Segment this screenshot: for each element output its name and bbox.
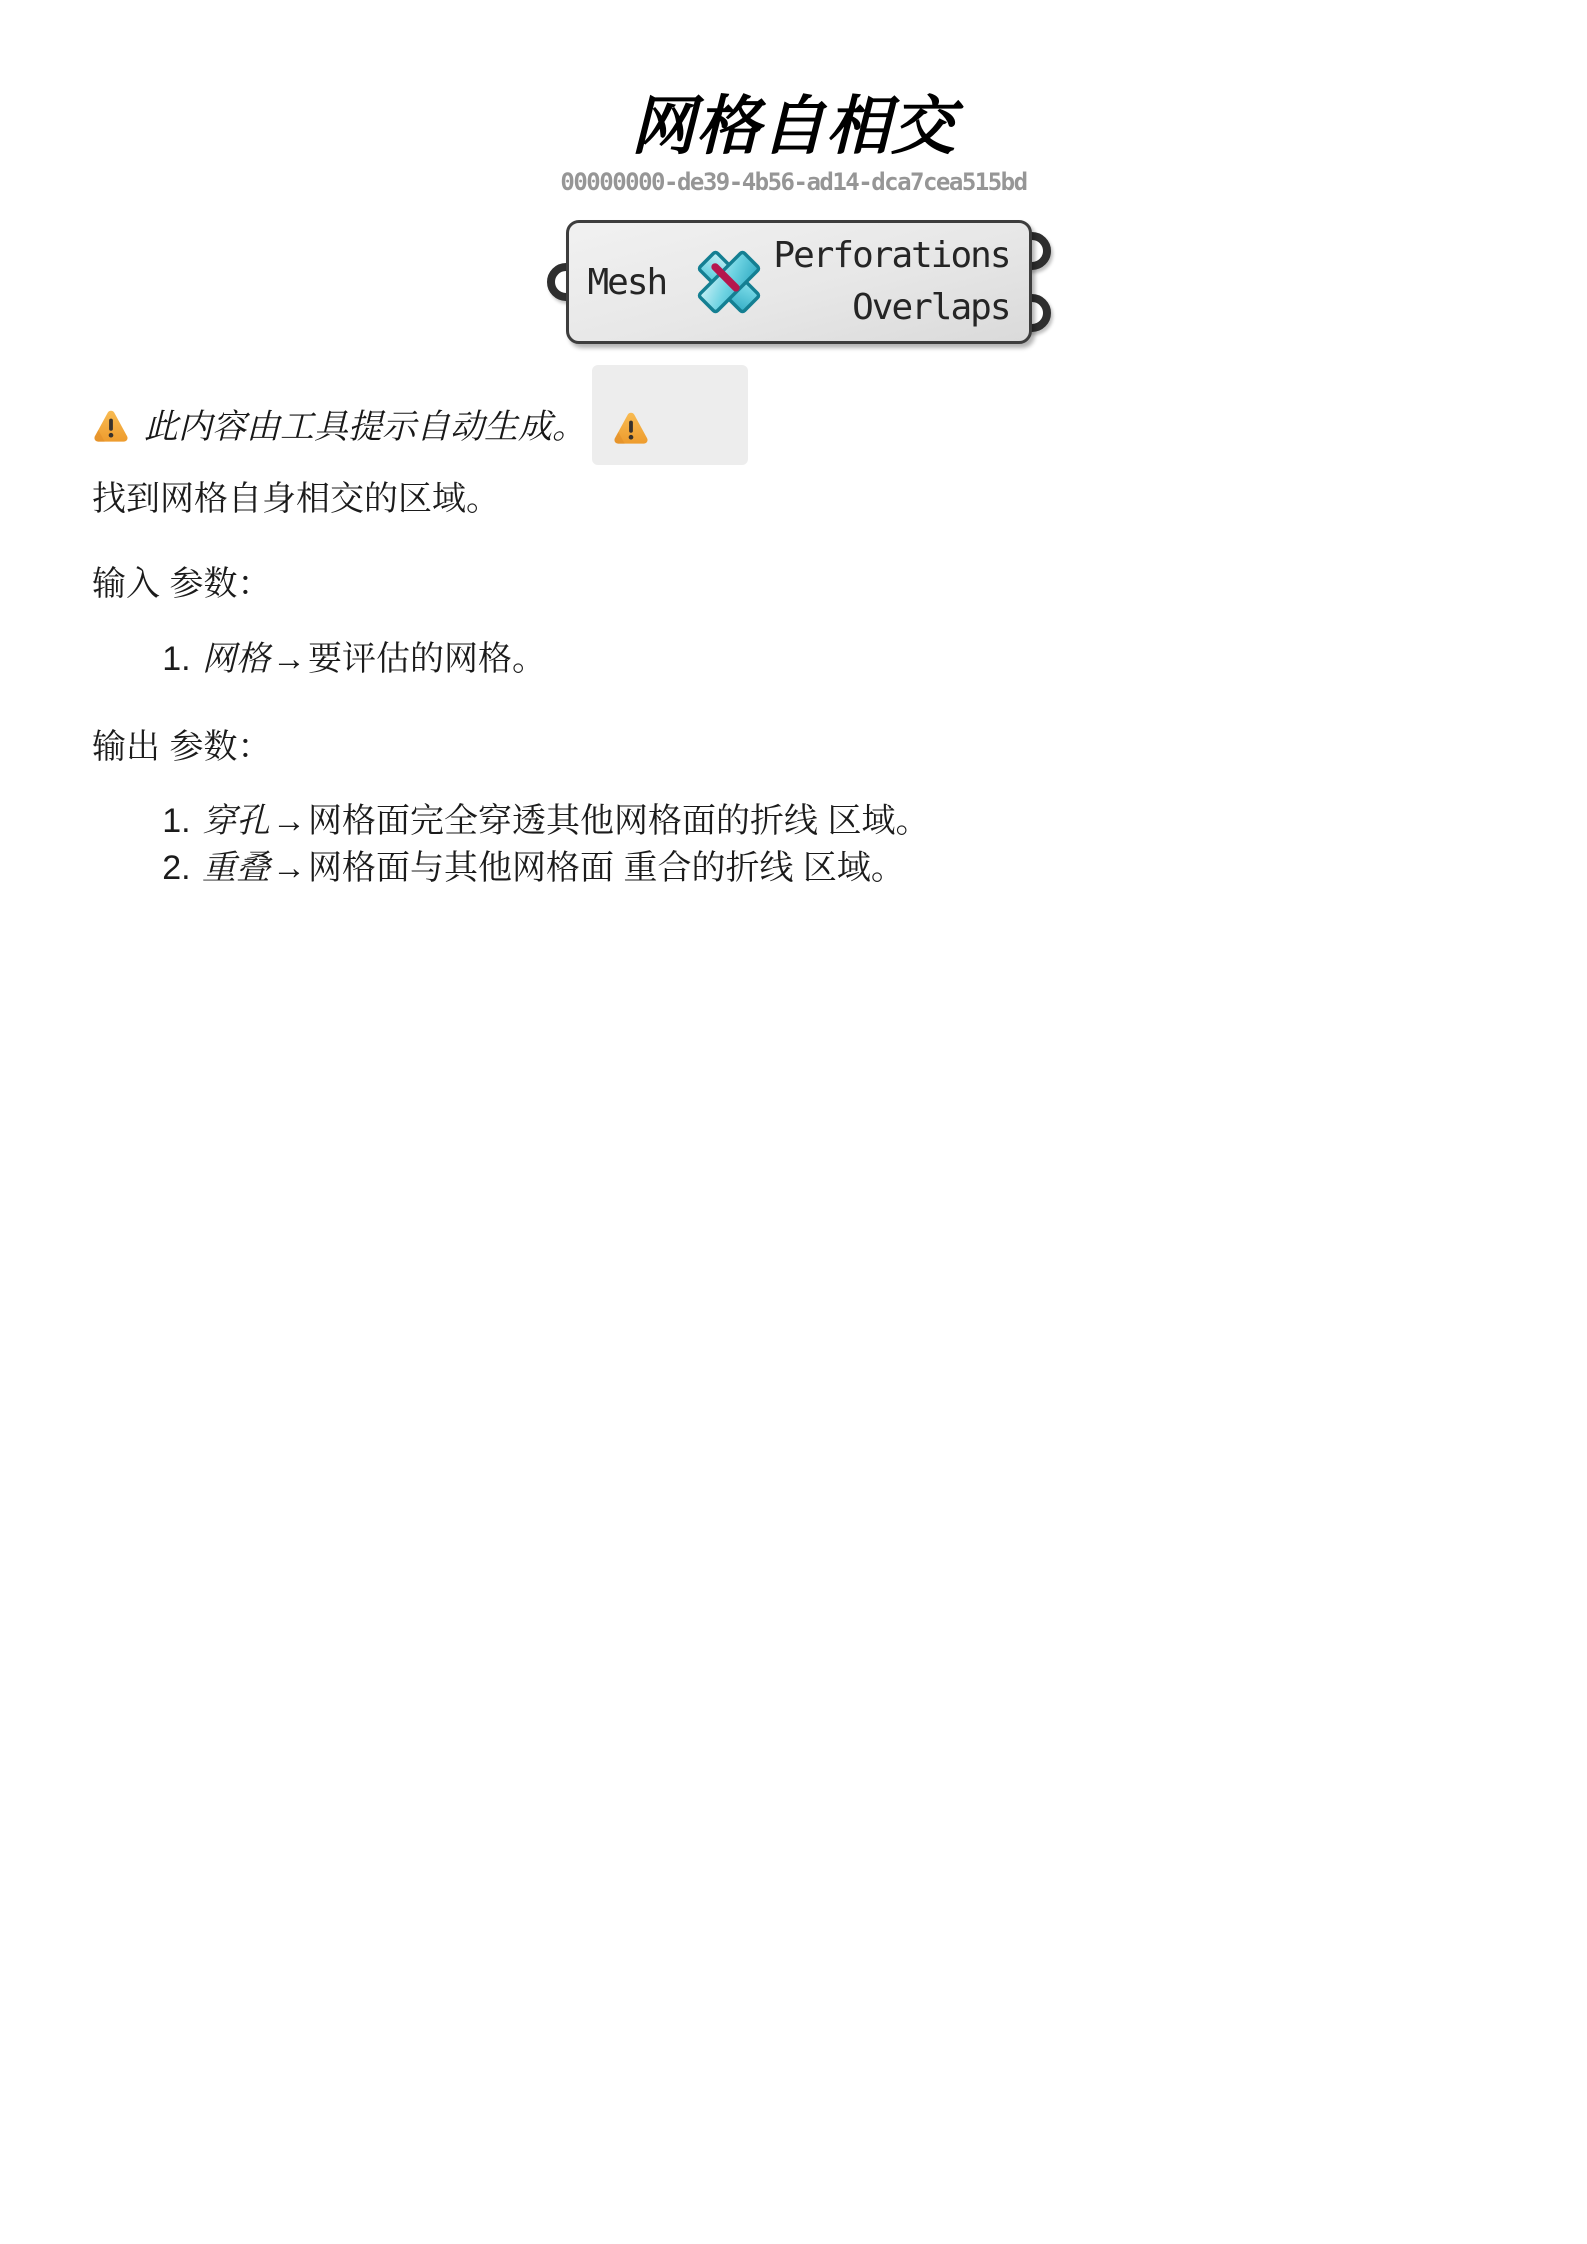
inputs-heading: 输入 参数： [92, 564, 1495, 605]
component-uuid: 00000000-de39-4b56-ad14-dca7cea515bd [92, 168, 1495, 196]
list-item-input-mesh: 网格→要评估的网格。 [200, 636, 1495, 683]
page: 网格自相交 00000000-de39-4b56-ad14-dca7cea515… [0, 0, 1587, 892]
warning-icon [612, 409, 650, 447]
auto-generated-warning: 此内容由工具提示自动生成。 [92, 365, 1495, 449]
page-title: 网格自相交 [92, 0, 1495, 166]
mesh-self-intersection-icon [692, 245, 766, 319]
warning-text: 此内容由工具提示自动生成。 [144, 405, 586, 449]
warning-icon [92, 407, 130, 445]
arrow-glyph: → [270, 802, 308, 840]
list-item-output-perforations: 穿孔→网格面完全穿透其他网格面的折线 区域。 [200, 798, 1495, 845]
param-desc: 网格面完全穿透其他网格面的折线 区域。 [308, 802, 929, 840]
param-name: 网格 [202, 640, 270, 678]
param-name: 穿孔 [202, 802, 270, 840]
input-label-mesh: Mesh [588, 262, 667, 303]
gh-component-wrap: Mesh Perforations Overlaps [566, 220, 1032, 344]
arrow-glyph: → [270, 849, 308, 887]
outputs-heading: 输出 参数： [92, 727, 1495, 768]
output-label-overlaps: Overlaps [766, 283, 1009, 333]
component-description: 找到网格自身相交的区域。 [92, 479, 1495, 520]
list-item-output-overlaps: 重叠→网格面与其他网格面 重合的折线 区域。 [200, 845, 1495, 892]
gh-component[interactable]: Mesh Perforations Overlaps [566, 220, 1032, 344]
output-labels: Perforations Overlaps [766, 229, 1009, 335]
param-name: 重叠 [202, 849, 270, 887]
outputs-list: 穿孔→网格面完全穿透其他网格面的折线 区域。 重叠→网格面与其他网格面 重合的折… [92, 798, 1495, 892]
output-label-perforations: Perforations [766, 231, 1009, 281]
param-desc: 要评估的网格。 [308, 640, 546, 678]
inputs-list: 网格→要评估的网格。 [92, 636, 1495, 683]
arrow-glyph: → [270, 640, 308, 678]
param-desc: 网格面与其他网格面 重合的折线 区域。 [308, 849, 905, 887]
warning-icon-box [592, 365, 748, 465]
